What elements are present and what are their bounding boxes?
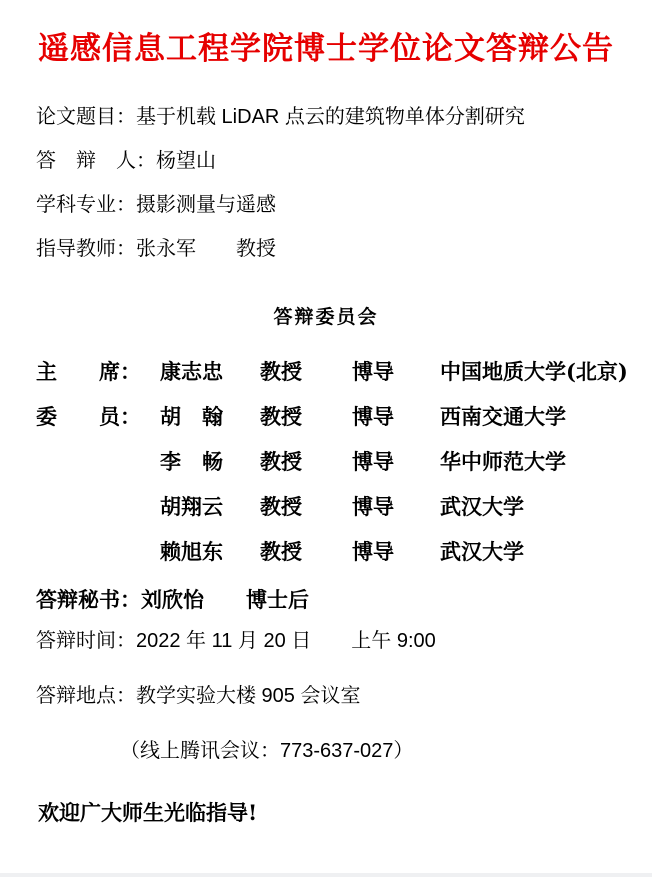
thesis-title-value: 基于机载 LiDAR 点云的建筑物单体分割研究 [136,106,525,128]
member-role [36,495,160,519]
committee-row-member: 李 畅教授博导华中师范大学 [0,450,652,474]
secretary-label: 答辩秘书： [36,587,141,612]
committee-row-member: 赖旭东教授博导武汉大学 [0,540,652,564]
defense-venue-value: 教学实验大楼 905 会议室 [136,685,360,707]
thesis-title-line: 论文题目：基于机载 LiDAR 点云的建筑物单体分割研究 [36,107,652,127]
member-title: 教授 [260,540,352,564]
member-role: 委 员： [36,405,160,429]
candidate-value: 杨望山 [156,150,216,172]
defense-time-value: 2022 年 11 月 20 日 上午 9:00 [136,630,436,652]
member-affiliation: 中国地质大学(北京) [440,360,652,384]
committee-row-chair: 主 席：康志忠教授博导中国地质大学(北京) [0,360,652,384]
committee-row-member: 胡翔云教授博导武汉大学 [0,495,652,519]
member-title: 教授 [260,405,352,429]
major-line: 学科专业：摄影测量与遥感 [36,195,652,215]
committee-heading: 答辩委员会 [0,306,652,328]
secretary-name: 刘欣怡 [141,587,204,612]
member-title: 教授 [260,495,352,519]
member-name: 康志忠 [160,360,260,384]
member-role: 主 席： [36,360,160,384]
member-name: 胡 翰 [160,405,260,429]
member-name: 李 畅 [160,450,260,474]
major-label: 学科专业： [36,194,136,216]
defense-venue-label: 答辩地点： [36,685,136,707]
member-rank: 博导 [352,540,440,564]
defense-time-label: 答辩时间： [36,630,136,652]
secretary-line: 答辩秘书：刘欣怡 博士后 [0,588,652,612]
member-title: 教授 [260,450,352,474]
defense-time-line: 答辩时间：2022 年 11 月 20 日 上午 9:00 [0,629,652,653]
member-title: 教授 [260,360,352,384]
member-rank: 博导 [352,405,440,429]
member-name: 胡翔云 [160,495,260,519]
member-affiliation: 武汉大学 [440,540,652,564]
committee-row-member: 委 员：胡 翰教授博导西南交通大学 [0,405,652,429]
defense-venue-line: 答辩地点：教学实验大楼 905 会议室 [0,684,652,708]
secretary-gap [204,587,246,612]
member-name: 赖旭东 [160,540,260,564]
supervisor-line: 指导教师：张永军 教授 [36,239,652,259]
member-affiliation: 武汉大学 [440,495,652,519]
supervisor-label: 指导教师： [36,238,136,260]
page-bottom-edge [0,873,652,877]
major-value: 摄影测量与遥感 [136,194,276,216]
online-meeting-line: （线上腾讯会议：773-637-027） [0,739,652,763]
candidate-line: 答 辩 人：杨望山 [36,151,652,171]
member-rank: 博导 [352,360,440,384]
secretary-title: 博士后 [246,587,309,612]
welcome-line: 欢迎广大师生光临指导! [0,801,652,825]
page-title: 遥感信息工程学院博士学位论文答辩公告 [0,0,652,71]
announcement-page: 遥感信息工程学院博士学位论文答辩公告 论文题目：基于机载 LiDAR 点云的建筑… [0,0,652,877]
supervisor-value: 张永军 教授 [136,238,276,260]
member-rank: 博导 [352,495,440,519]
member-rank: 博导 [352,450,440,474]
member-affiliation: 西南交通大学 [440,405,652,429]
member-role [36,450,160,474]
member-role [36,540,160,564]
committee-list: 主 席：康志忠教授博导中国地质大学(北京) 委 员：胡 翰教授博导西南交通大学 … [0,360,652,564]
thesis-title-label: 论文题目： [36,106,136,128]
info-section: 论文题目：基于机载 LiDAR 点云的建筑物单体分割研究 答 辩 人：杨望山 学… [0,107,652,259]
candidate-label: 答 辩 人： [36,150,156,172]
member-affiliation: 华中师范大学 [440,450,652,474]
